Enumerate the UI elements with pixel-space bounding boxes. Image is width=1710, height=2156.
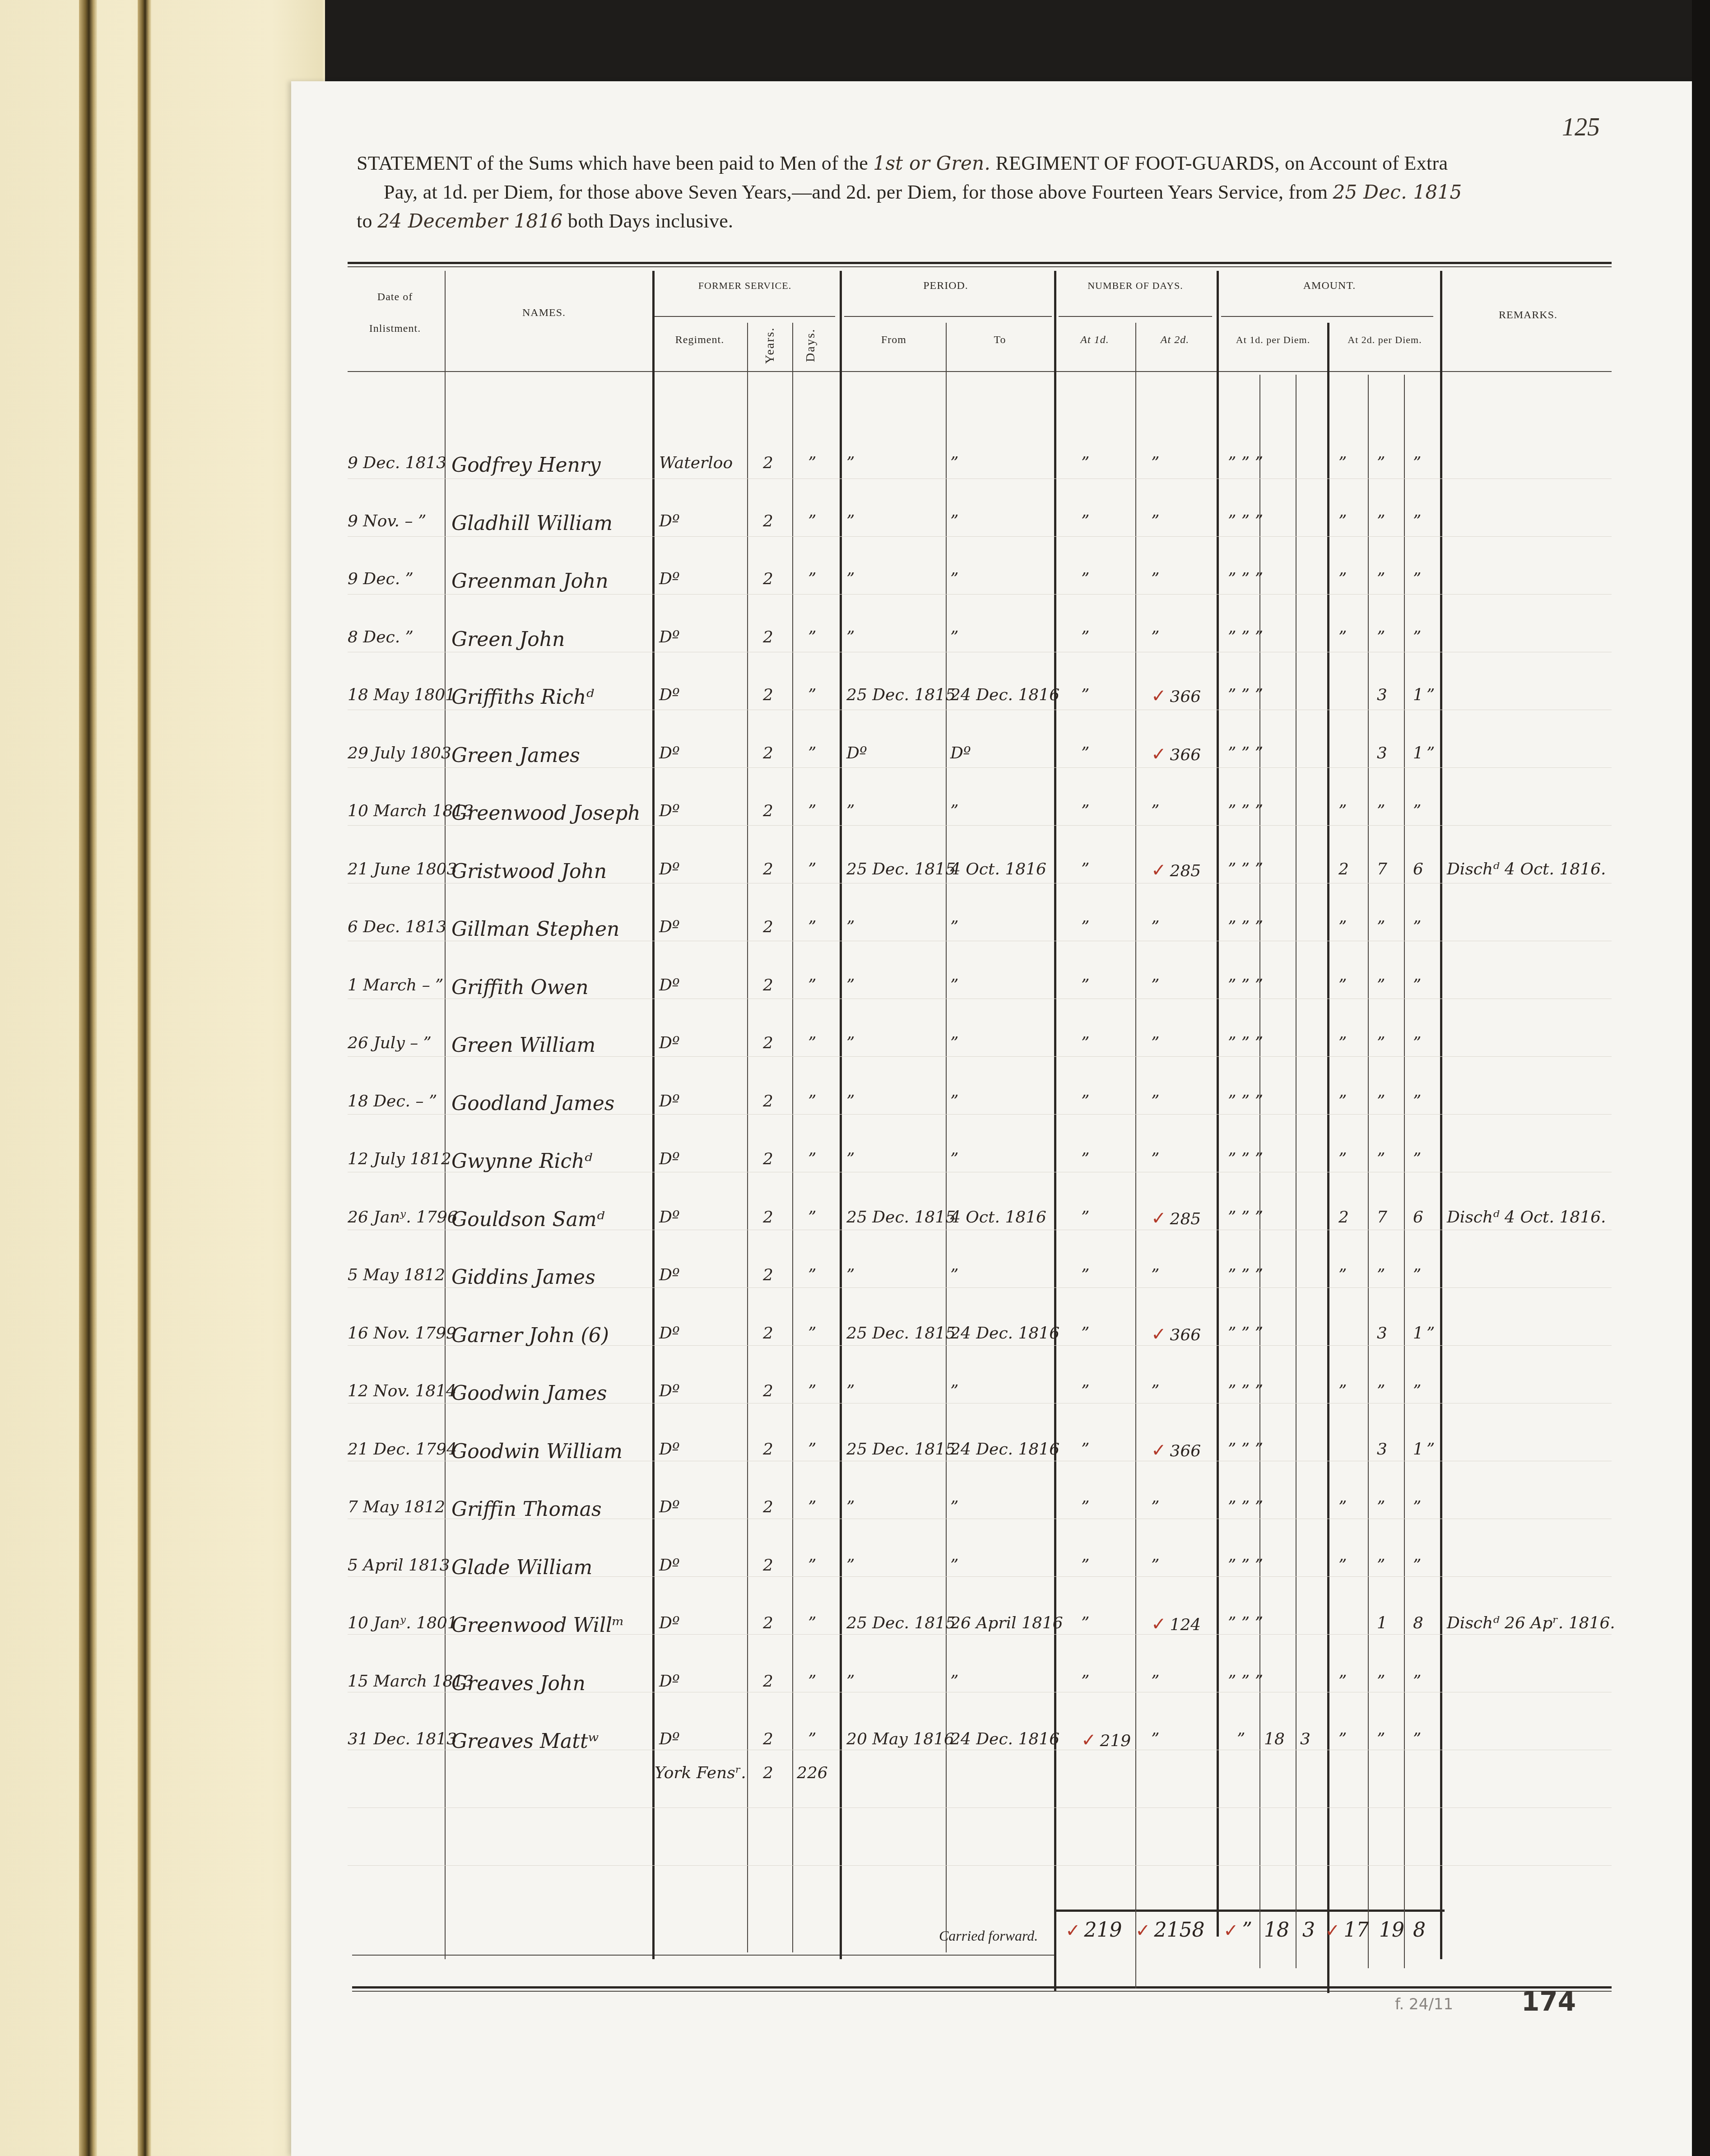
former-years: 2: [763, 744, 773, 762]
amount-2d-pounds: 2: [1338, 1208, 1349, 1227]
days-at-1d: ✓219: [1081, 1730, 1131, 1751]
header-period: PERIOD.: [842, 280, 1050, 292]
amount-2d-pence: ”: [1413, 1672, 1421, 1691]
former-years: 2: [763, 1382, 773, 1400]
amount-1d-pence: 3: [1300, 1730, 1310, 1748]
former-years: 2: [763, 1730, 773, 1748]
column-divider: [1368, 375, 1369, 1968]
former-regiment: Dº: [659, 1092, 680, 1111]
amount-2d-extra: ”: [1427, 744, 1435, 762]
period-to: 26 April 1816: [950, 1614, 1063, 1632]
former-regiment: Dº: [659, 512, 680, 530]
amount-2d-pounds: ”: [1338, 802, 1347, 820]
former-service-subrule: [655, 316, 835, 317]
period-to: 24 Dec. 1816: [950, 1440, 1059, 1459]
check-mark-icon: ✓: [1151, 1440, 1166, 1461]
amount-2d-shillings: ”: [1377, 1150, 1385, 1168]
days-at-2d: ”: [1151, 1382, 1159, 1400]
former-regiment: Dº: [659, 976, 680, 994]
former-regiment: Dº: [659, 1672, 680, 1691]
table-top-rule: [348, 262, 1612, 264]
days-at-1d: ”: [1081, 1324, 1089, 1343]
amount-2d-pence: ”: [1413, 918, 1421, 936]
days-at-2d: ”: [1151, 1150, 1159, 1168]
former-days: ”: [808, 1440, 816, 1459]
former-regiment: Dº: [659, 1614, 680, 1632]
period-from: 25 Dec. 1815: [846, 860, 956, 878]
period-from: ”: [846, 1498, 855, 1516]
former-regiment: Dº: [659, 802, 680, 820]
check-mark-icon: ✓: [1135, 1920, 1151, 1941]
amount-1d: ” ” ”: [1228, 1498, 1263, 1516]
days-at-1d: ”: [1081, 976, 1089, 994]
former-days: ”: [808, 686, 816, 704]
to-date-handwritten: 24 December 1816: [377, 210, 562, 232]
header-bottom-rule: [348, 371, 1612, 372]
amount-2d-pounds: ”: [1338, 1672, 1347, 1691]
amount-2d-shillings: ”: [1377, 628, 1385, 646]
date-of-inlistment: 10 Janʸ. 1801: [348, 1614, 458, 1632]
soldier-name: Godfrey Henry: [451, 454, 601, 477]
days-at-2d: ✓366: [1151, 686, 1201, 706]
amount-2d-pence: ”: [1413, 976, 1421, 994]
former-days: ”: [808, 1498, 816, 1516]
amount-2d-shillings: 3: [1377, 1324, 1387, 1343]
amount-2d-shillings: ”: [1377, 1672, 1385, 1691]
date-of-inlistment: 5 May 1812: [348, 1266, 445, 1284]
former-regiment: Dº: [659, 1730, 680, 1748]
former-years: 2: [763, 1672, 773, 1691]
amount-2d-pence: ”: [1413, 1556, 1421, 1575]
days-at-2d: ”: [1151, 1672, 1159, 1691]
date-of-inlistment: 9 Nov. – ”: [348, 512, 426, 530]
period-from: ”: [846, 1382, 855, 1400]
ruled-guide-line: [348, 1865, 1612, 1866]
amount-2d-pence: ”: [1413, 454, 1421, 472]
page-fold: [138, 0, 151, 2156]
period-from: ”: [846, 1034, 855, 1052]
from-date-handwritten: 25 Dec. 1815: [1333, 181, 1462, 203]
former-years: 2: [763, 1324, 773, 1343]
amount-2d-shillings: ”: [1377, 1092, 1385, 1111]
days-at-2d: ✓366: [1151, 1440, 1201, 1461]
column-divider: [946, 323, 947, 1952]
former-years: 2: [763, 918, 773, 936]
amount-1d: ” ” ”: [1228, 1034, 1263, 1052]
amount-2d-pounds: ”: [1338, 1556, 1347, 1575]
former-years: 2: [763, 860, 773, 878]
column-divider: [840, 271, 842, 1959]
date-of-inlistment: 21 Dec. 1794: [348, 1440, 457, 1459]
date-of-inlistment: 21 June 1803: [348, 860, 457, 878]
days-at-2d: ✓285: [1151, 1208, 1201, 1229]
days-at-1d: ”: [1081, 1556, 1089, 1575]
days-at-2d: ”: [1151, 570, 1159, 588]
column-divider: [1217, 271, 1219, 1937]
amount-2d-pounds: ”: [1338, 1498, 1347, 1516]
header-at-2d-per-diem: At 2d. per Diem.: [1329, 334, 1440, 346]
days-at-2d: ”: [1151, 1034, 1159, 1052]
amount-2d-pence: ”: [1413, 1730, 1421, 1748]
carried-forward-label: Carried forward.: [939, 1928, 1038, 1944]
soldier-name: Gladhill William: [451, 512, 613, 535]
column-divider: [1440, 271, 1442, 1959]
period-from: ”: [846, 1092, 855, 1111]
amount-2d-shillings: ”: [1377, 1556, 1385, 1575]
former-years: 2: [763, 686, 773, 704]
days-at-1d: ”: [1081, 1208, 1089, 1227]
check-mark-icon: ✓: [1151, 744, 1166, 765]
header-from: From: [842, 334, 946, 346]
former-regiment: Dº: [659, 686, 680, 704]
amount-2d-shillings: 7: [1377, 1208, 1387, 1227]
title-to: to: [357, 210, 372, 232]
column-divider: [792, 323, 793, 1952]
days-at-1d: ”: [1081, 1266, 1089, 1284]
ruled-guide-line: [348, 941, 1612, 941]
days-at-2d: ”: [1151, 976, 1159, 994]
soldier-name: Greenwood Willᵐ: [451, 1614, 624, 1637]
ruled-guide-line: [348, 479, 1612, 479]
period-from: Dº: [846, 744, 867, 762]
period-to: ”: [950, 628, 958, 646]
days-at-1d: ”: [1081, 1672, 1089, 1691]
period-from: 25 Dec. 1815: [846, 1440, 956, 1459]
former-regiment: Dº: [659, 1208, 680, 1227]
amount-1d: ” ” ”: [1228, 1556, 1263, 1575]
period-to: ”: [950, 454, 958, 472]
former-regiment-2: York Fensʳ.: [655, 1764, 746, 1782]
days-at-2d: ✓285: [1151, 860, 1201, 881]
soldier-name: Gwynne Richᵈ: [451, 1150, 592, 1173]
totals-top-rule: [1056, 1910, 1445, 1912]
period-to: ”: [950, 1150, 958, 1168]
ruled-guide-line: [348, 1808, 1612, 1808]
former-days: ”: [808, 1556, 816, 1575]
page-fold: [79, 0, 97, 2156]
former-days: ”: [808, 1672, 816, 1691]
remarks: Dischᵈ 26 Apʳ. 1816.: [1447, 1614, 1615, 1632]
amount-2d-pence: ”: [1413, 1150, 1421, 1168]
period-to: ”: [950, 1498, 958, 1516]
ruled-guide-line: [348, 594, 1612, 595]
period-from: 25 Dec. 1815: [846, 686, 956, 704]
header-to: To: [948, 334, 1052, 346]
header-names: NAMES.: [445, 307, 643, 319]
former-years: 2: [763, 628, 773, 646]
days-at-1d: ”: [1081, 628, 1089, 646]
former-regiment: Dº: [659, 860, 680, 878]
header-days: Days.: [804, 321, 818, 370]
amount-2d-pence: ”: [1413, 570, 1421, 588]
date-of-inlistment: 26 July – ”: [348, 1034, 432, 1052]
header-regiment: Regiment.: [652, 334, 747, 346]
former-years: 2: [763, 1556, 773, 1575]
days-at-1d: ”: [1081, 860, 1089, 878]
amount-2d-shillings: 3: [1377, 1440, 1387, 1459]
period-to: Dº: [950, 744, 971, 762]
amount-2d-shillings: ”: [1377, 570, 1385, 588]
days-at-1d: ”: [1081, 570, 1089, 588]
former-days: ”: [808, 802, 816, 820]
amount-2d-pence: ”: [1413, 1034, 1421, 1052]
total-amount-1d-pounds: ✓”: [1223, 1919, 1252, 1942]
column-divider: [1404, 375, 1405, 1968]
remarks: Dischᵈ 4 Oct. 1816.: [1447, 1208, 1606, 1227]
amount-2d-shillings: ”: [1377, 802, 1385, 820]
total-amount-2d-pence: 8: [1413, 1919, 1426, 1942]
soldier-name: Giddins James: [451, 1266, 595, 1289]
amount-1d: ” ” ”: [1228, 1382, 1263, 1400]
total-amount-1d-pence: 3: [1302, 1919, 1315, 1942]
period-to: ”: [950, 1672, 958, 1691]
days-at-2d: ”: [1151, 454, 1159, 472]
former-years: 2: [763, 1092, 773, 1111]
amount-2d-extra: ”: [1427, 1440, 1435, 1459]
ledger-sheet: [291, 81, 1709, 2156]
amount-2d-pence: ”: [1413, 802, 1421, 820]
amount-2d-pence: ”: [1413, 628, 1421, 646]
days-at-1d: ”: [1081, 512, 1089, 530]
header-date-of: Date of: [350, 291, 440, 303]
header-inlistment: Inlistment.: [350, 323, 440, 335]
amount-2d-pounds: ”: [1338, 1266, 1347, 1284]
soldier-name: Goodwin William: [451, 1440, 623, 1463]
former-years: 2: [763, 1150, 773, 1168]
amount-2d-pounds: ”: [1338, 1730, 1347, 1748]
period-to: 4 Oct. 1816: [950, 860, 1046, 878]
amount-2d-pounds: ”: [1338, 512, 1347, 530]
amount-2d-pounds: ”: [1338, 570, 1347, 588]
amount-2d-extra: ”: [1427, 686, 1435, 704]
amount-2d-pence: 6: [1413, 1208, 1423, 1227]
folio-stamp: 174: [1521, 1986, 1576, 2017]
amount-2d-pounds: ”: [1338, 1382, 1347, 1400]
amount-1d: ” ” ”: [1228, 454, 1263, 472]
period-to: ”: [950, 1556, 958, 1575]
date-of-inlistment: 26 Janʸ. 1796: [348, 1208, 458, 1227]
period-from: ”: [846, 976, 855, 994]
former-days: ”: [808, 1614, 816, 1632]
amount-1d: ” ” ”: [1228, 628, 1263, 646]
amount-2d-pence: ”: [1413, 1266, 1421, 1284]
amount-1d: ” ” ”: [1228, 802, 1263, 820]
ruled-guide-line: [348, 883, 1612, 883]
period-to: ”: [950, 1034, 958, 1052]
amount-1d: ” ” ”: [1228, 1324, 1263, 1343]
former-days: ”: [808, 512, 816, 530]
header-at-1d: At 1d.: [1056, 334, 1133, 346]
former-days: ”: [808, 570, 816, 588]
amount-1d: ” ” ”: [1228, 1208, 1263, 1227]
period-from: ”: [846, 512, 855, 530]
amount-2d-pence: 1: [1413, 744, 1423, 762]
former-regiment: Dº: [659, 1440, 680, 1459]
amount-2d-shillings: ”: [1377, 1498, 1385, 1516]
period-from: ”: [846, 1672, 855, 1691]
amount-2d-shillings: ”: [1377, 1034, 1385, 1052]
amount-2d-pence: 1: [1413, 1440, 1423, 1459]
date-of-inlistment: 7 May 1812: [348, 1498, 445, 1516]
total-days-1d: ✓219: [1065, 1919, 1122, 1942]
former-days: ”: [808, 976, 816, 994]
header-amount: AMOUNT.: [1219, 280, 1440, 292]
period-to: 24 Dec. 1816: [950, 1730, 1059, 1748]
former-days: ”: [808, 1092, 816, 1111]
days-at-2d: ”: [1151, 1556, 1159, 1575]
amount-2d-extra: ”: [1427, 1324, 1435, 1343]
amount-2d-shillings: 3: [1377, 744, 1387, 762]
period-from: ”: [846, 802, 855, 820]
days-at-1d: ”: [1081, 1440, 1089, 1459]
check-mark-icon: ✓: [1223, 1920, 1239, 1941]
period-from: ”: [846, 1556, 855, 1575]
amount-1d: ” ” ”: [1228, 1672, 1263, 1691]
column-divider: [1296, 375, 1296, 1968]
days-at-2d: ”: [1151, 1730, 1159, 1748]
amount-2d-shillings: ”: [1377, 918, 1385, 936]
soldier-name: Greenwood Joseph: [451, 802, 641, 825]
ruled-guide-line: [348, 652, 1612, 652]
amount-2d-pounds: 2: [1338, 860, 1349, 878]
days-at-2d: ✓366: [1151, 744, 1201, 765]
date-of-inlistment: 12 July 1812: [348, 1150, 451, 1168]
title-prefix: STATEMENT of the Sums which have been pa…: [357, 152, 868, 174]
former-years: 2: [763, 1266, 773, 1284]
regiment-handwritten: 1st or Gren.: [873, 152, 990, 174]
soldier-name: Griffith Owen: [451, 976, 589, 999]
amount-2d-pence: 6: [1413, 860, 1423, 878]
amount-2d-pounds: ”: [1338, 1092, 1347, 1111]
period-to: ”: [950, 802, 958, 820]
date-of-inlistment: 6 Dec. 1813: [348, 918, 446, 936]
amount-2d-pence: ”: [1413, 512, 1421, 530]
former-years: 2: [763, 570, 773, 588]
body-bottom-rule: [352, 1955, 1056, 1956]
date-of-inlistment: 9 Dec. 1813: [348, 454, 446, 472]
folio-number: 125: [1562, 113, 1600, 142]
former-days: ”: [808, 1730, 816, 1748]
days-at-1d: ”: [1081, 1150, 1089, 1168]
days-at-1d: ”: [1081, 744, 1089, 762]
period-to: ”: [950, 512, 958, 530]
amount-2d-pence: ”: [1413, 1498, 1421, 1516]
check-mark-icon: ✓: [1065, 1920, 1081, 1941]
days-at-2d: ✓124: [1151, 1614, 1201, 1635]
amount-1d: ” ” ”: [1228, 918, 1263, 936]
soldier-name: Glade William: [451, 1556, 592, 1579]
amount-1d: ” ” ”: [1228, 1266, 1263, 1284]
check-mark-icon: ✓: [1151, 860, 1166, 881]
total-amount-1d-shillings: 18: [1264, 1919, 1289, 1942]
period-from: 25 Dec. 1815: [846, 1324, 956, 1343]
amount-2d-shillings: ”: [1377, 1266, 1385, 1284]
days-at-1d: ”: [1081, 802, 1089, 820]
check-mark-icon: ✓: [1151, 1324, 1166, 1345]
table-top-rule-inner: [348, 266, 1612, 267]
check-mark-icon: ✓: [1151, 1208, 1166, 1229]
period-from: 20 May 1816: [846, 1730, 954, 1748]
date-of-inlistment: 12 Nov. 1814: [348, 1382, 456, 1400]
pencil-annotation: f. 24/11: [1395, 1995, 1453, 2013]
date-of-inlistment: 1 March – ”: [348, 976, 444, 994]
former-regiment: Dº: [659, 1556, 680, 1575]
former-regiment: Dº: [659, 570, 680, 588]
amount-1d: ” ” ”: [1228, 744, 1263, 762]
period-from: ”: [846, 628, 855, 646]
days-at-1d: ”: [1081, 1034, 1089, 1052]
period-to: ”: [950, 918, 958, 936]
amount-1d: ” ” ”: [1228, 976, 1263, 994]
check-mark-icon: ✓: [1151, 1614, 1166, 1635]
former-years: 2: [763, 1208, 773, 1227]
days-at-1d: ”: [1081, 1382, 1089, 1400]
soldier-name: Gillman Stephen: [451, 918, 619, 941]
period-to: ”: [950, 1266, 958, 1284]
days-at-2d: ✓366: [1151, 1324, 1201, 1345]
soldier-name: Green John: [451, 628, 565, 651]
amount-1d: ” ” ”: [1228, 860, 1263, 878]
title-line2: Pay, at 1d. per Diem, for those above Se…: [384, 181, 1328, 203]
amount-2d-pounds: ”: [1338, 918, 1347, 936]
amount-2d-pence: ”: [1413, 1382, 1421, 1400]
days-at-2d: ”: [1151, 1266, 1159, 1284]
total-days-2d: ✓2158: [1135, 1919, 1205, 1942]
soldier-name: Goodwin James: [451, 1382, 607, 1405]
period-to: 24 Dec. 1816: [950, 686, 1059, 704]
date-of-inlistment: 5 April 1813: [348, 1556, 450, 1575]
former-regiment: Dº: [659, 1324, 680, 1343]
column-divider: [747, 323, 748, 1952]
former-years: 2: [763, 1034, 773, 1052]
header-at-2d: At 2d.: [1135, 334, 1214, 346]
period-to: ”: [950, 1382, 958, 1400]
ruled-guide-line: [348, 825, 1612, 826]
soldier-name: Green James: [451, 744, 580, 767]
days-at-1d: ”: [1081, 454, 1089, 472]
date-of-inlistment: 29 July 1803: [348, 744, 451, 762]
days-subrule: [1059, 316, 1212, 317]
former-days: ”: [808, 1324, 816, 1343]
date-of-inlistment: 18 Dec. – ”: [348, 1092, 437, 1111]
column-divider: [1135, 323, 1136, 1989]
check-mark-icon: ✓: [1151, 686, 1166, 706]
amount-2d-pounds: ”: [1338, 628, 1347, 646]
days-at-2d: ”: [1151, 918, 1159, 936]
period-from: ”: [846, 570, 855, 588]
header-former-service: FORMER SERVICE.: [652, 280, 837, 292]
former-days: ”: [808, 628, 816, 646]
column-divider: [1327, 323, 1329, 1993]
amount-1d: ” ” ”: [1228, 686, 1263, 704]
amount-2d-shillings: ”: [1377, 1730, 1385, 1748]
former-regiment: Dº: [659, 918, 680, 936]
date-of-inlistment: 16 Nov. 1799: [348, 1324, 456, 1343]
days-at-2d: ”: [1151, 1498, 1159, 1516]
amount-2d-shillings: ”: [1377, 976, 1385, 994]
amount-1d: ” ” ”: [1228, 1150, 1263, 1168]
column-divider: [652, 271, 655, 1959]
former-regiment: Dº: [659, 1382, 680, 1400]
amount-1d-pounds: ”: [1237, 1730, 1245, 1748]
former-regiment: Dº: [659, 744, 680, 762]
former-years-2: 2: [763, 1764, 773, 1782]
period-from: 25 Dec. 1815: [846, 1614, 956, 1632]
period-from: ”: [846, 454, 855, 472]
former-years: 2: [763, 1498, 773, 1516]
days-at-1d: ”: [1081, 1614, 1089, 1632]
table-bottom-rule-inner: [352, 1991, 1612, 1992]
